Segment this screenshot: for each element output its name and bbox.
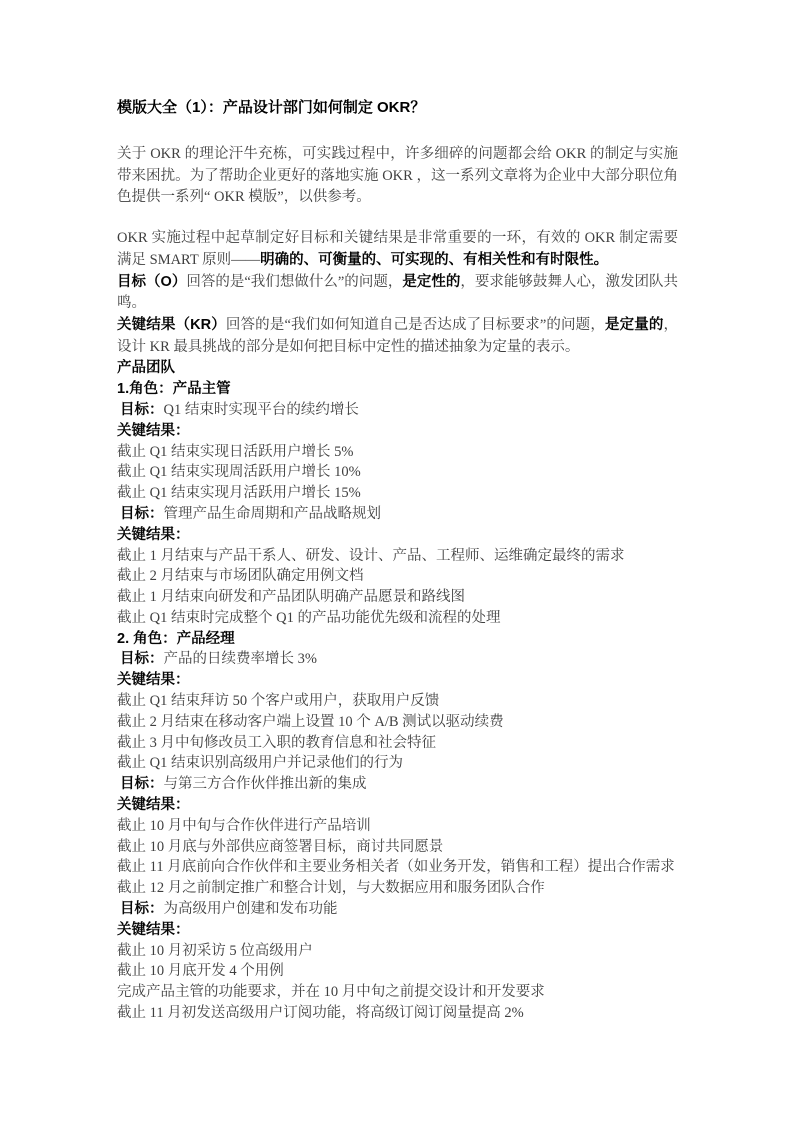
goal-text: 产品的日续费率增长 3%: [164, 651, 317, 667]
team-heading: 产品团队: [117, 358, 678, 379]
kr-item: 完成产品主管的功能要求，并在 10 月中旬之前提交设计和开发要求: [117, 982, 678, 1003]
kr-item: 截止 10 月底与外部供应商签署目标，商讨共同愿景: [117, 837, 678, 858]
intro-paragraph: 关于 OKR 的理论汗牛充栋，可实践过程中，许多细碎的问题都会给 OKR 的制定…: [117, 144, 678, 209]
kr-item: 截止 11 月初发送高级用户订阅功能，将高级订阅订阅量提高 2%: [117, 1003, 678, 1024]
objective-definition-paragraph: 目标（O）回答的是“我们想做什么”的问题，是定性的，要求能够鼓舞人心，激发团队共…: [117, 272, 678, 315]
kr-definition-paragraph: 关键结果（KR）回答的是“我们如何知道自己是否达成了目标要求”的问题，是定量的，…: [117, 315, 678, 358]
goal-label: 目标：: [120, 506, 164, 522]
kr-item: 截止 Q1 结束实现日活跃用户增长 5%: [117, 442, 678, 463]
kr-item: 截止 2 月结束在移动客户端上设置 10 个 A/B 测试以驱动续费: [117, 712, 678, 733]
kr-heading: 关键结果：: [117, 421, 678, 442]
role-heading-product-manager: 2. 角色：产品经理: [117, 629, 678, 650]
kr-heading: 关键结果：: [117, 920, 678, 941]
kr-item: 截止 Q1 结束时完成整个 Q1 的产品功能优先级和流程的处理: [117, 608, 678, 629]
kr-quantitative-text: 是定量的: [605, 317, 664, 333]
kr-item: 截止 11 月底前向合作伙伴和主要业务相关者（如业务开发，销售和工程）提出合作需…: [117, 857, 678, 878]
goal-line: 目标：与第三方合作伙伴推出新的集成: [117, 774, 678, 795]
goal-text: 与第三方合作伙伴推出新的集成: [164, 776, 367, 792]
objective-mid-text: 回答的是“我们想做什么”的问题，: [186, 274, 402, 290]
kr-item: 截止 3 月中旬修改员工入职的教育信息和社会特征: [117, 733, 678, 754]
document-content: 模版大全（1）：产品设计部门如何制定 OKR？ 关于 OKR 的理论汗牛充栋，可…: [117, 97, 678, 1024]
kr-heading: 关键结果：: [117, 670, 678, 691]
kr-heading: 关键结果：: [117, 525, 678, 546]
kr-item: 截止 Q1 结束识别高级用户并记录他们的行为: [117, 753, 678, 774]
kr-item: 截止 10 月初采访 5 位高级用户: [117, 941, 678, 962]
kr-item: 截止 1 月结束向研发和产品团队明确产品愿景和路线图: [117, 587, 678, 608]
goal-text: 为高级用户创建和发布功能: [164, 901, 338, 917]
role-heading-product-lead: 1.角色：产品主管: [117, 379, 678, 400]
objective-qualitative-text: 是定性的: [402, 274, 460, 290]
kr-heading: 关键结果：: [117, 795, 678, 816]
goal-label: 目标：: [120, 901, 164, 917]
goal-label: 目标：: [120, 651, 164, 667]
goal-text: Q1 结束时实现平台的续约增长: [164, 402, 359, 418]
smart-principle-paragraph: OKR 实施过程中起草制定好目标和关键结果是非常重要的一环，有效的 OKR 制定…: [117, 228, 678, 271]
goal-line: 目标：为高级用户创建和发布功能: [117, 899, 678, 920]
goal-label: 目标：: [120, 402, 164, 418]
document-page: 模版大全（1）：产品设计部门如何制定 OKR？ 关于 OKR 的理论汗牛充栋，可…: [0, 0, 793, 1122]
kr-item: 截止 Q1 结束拜访 50 个客户或用户，获取用户反馈: [117, 691, 678, 712]
kr-item: 截止 12 月之前制定推广和整合计划，与大数据应用和服务团队合作: [117, 878, 678, 899]
kr-item: 截止 10 月中旬与合作伙伴进行产品培训: [117, 816, 678, 837]
kr-item: 截止 10 月底开发 4 个用例: [117, 961, 678, 982]
kr-item: 截止 1 月结束与产品干系人、研发、设计、产品、工程师、运维确定最终的需求: [117, 546, 678, 567]
kr-item: 截止 Q1 结束实现月活跃用户增长 15%: [117, 483, 678, 504]
objective-term: 目标（O）: [117, 274, 186, 290]
goal-line: 目标：管理产品生命周期和产品战略规划: [117, 504, 678, 525]
okr-section: 产品团队 1.角色：产品主管 目标：Q1 结束时实现平台的续约增长 关键结果： …: [117, 358, 678, 1024]
kr-item: 截止 Q1 结束实现周活跃用户增长 10%: [117, 462, 678, 483]
goal-line: 目标：Q1 结束时实现平台的续约增长: [117, 400, 678, 421]
kr-item: 截止 2 月结束与市场团队确定用例文档: [117, 566, 678, 587]
kr-mid-text: 回答的是“我们如何知道自己是否达成了目标要求”的问题，: [226, 317, 605, 333]
document-title: 模版大全（1）：产品设计部门如何制定 OKR？: [117, 97, 678, 118]
goal-label: 目标：: [120, 776, 164, 792]
smart-bold-text: 明确的、可衡量的、可实现的、有相关性和有时限性。: [260, 252, 608, 268]
kr-term: 关键结果（KR）: [117, 317, 226, 333]
goal-line: 目标：产品的日续费率增长 3%: [117, 649, 678, 670]
goal-text: 管理产品生命周期和产品战略规划: [164, 506, 382, 522]
